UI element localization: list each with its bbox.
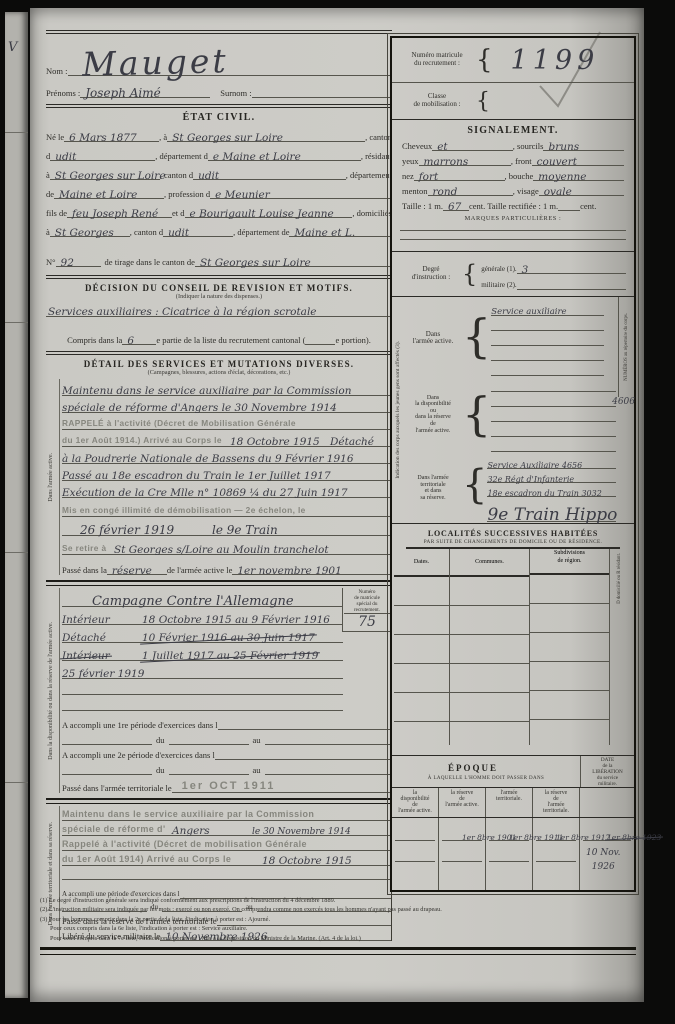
services-stamp: du 1er Août 1914.) Arrivé au Corps le: [62, 435, 222, 445]
prenoms-value: Joseph Aimé: [85, 86, 161, 100]
epoque-col3-header: l'armée territoriale.: [486, 788, 533, 817]
dept3-label: , département de: [233, 228, 289, 237]
territoriale-stamp: 1er OCT 1911: [182, 780, 276, 792]
epoque-col4-header: la réserve de l'armée territoriale.: [533, 788, 580, 817]
signalement-title: SIGNALEMENT.: [392, 125, 634, 136]
tirage-text: de tirage dans le canton de: [105, 258, 195, 267]
periode1-blank: [218, 718, 391, 730]
marques-label: MARQUES PARTICULIÈRES :: [392, 215, 634, 222]
num-special-box: Numéro de matricule spécial du recruteme…: [342, 588, 391, 632]
table-cell: [450, 635, 529, 664]
portion-blank: [305, 333, 335, 345]
ruled-line: [491, 346, 604, 361]
brace-glyph: {: [476, 89, 490, 114]
tirage-no: 92: [61, 257, 74, 269]
degre-section: Degré d'instruction : { générale (1). 3 …: [392, 252, 634, 297]
yeux-value: marrons: [424, 156, 469, 168]
taille-label-2: cent. Taille rectifiée : 1 m.: [469, 202, 558, 211]
corps-active-label: Dans l'armée active.: [404, 331, 462, 346]
localites-col-communes: Communes.: [450, 549, 529, 577]
corps-terr-label: Dans l'armée territoriale et dans sa rés…: [404, 475, 462, 501]
blank: [169, 733, 249, 745]
brace-glyph: {: [462, 301, 491, 376]
divider: [5, 132, 28, 133]
scanned-register-page: { "misc": { "brace": "{", "colors": { "p…: [0, 0, 675, 1024]
dept2-label: , département: [346, 171, 392, 180]
periode1-label: A accompli une 1re période d'exercices d…: [62, 721, 218, 730]
nez-value: fort: [419, 171, 438, 183]
fils-de-label: fils de: [46, 209, 67, 218]
localites-col-dr: D domicilié ou R résidant.: [617, 553, 622, 604]
corps-section: Indication des corps auxquels les jeunes…: [392, 297, 634, 525]
divider: [5, 552, 28, 553]
divider: [46, 30, 392, 34]
table-cell: [530, 662, 609, 691]
domicilies-label: , domiciliés: [352, 209, 392, 218]
services-subtitle: (Campagnes, blessures, actions d'éclat, …: [46, 369, 392, 376]
corps-terr-line: 9e Train Hippo: [487, 505, 617, 525]
bouche-label: , bouche: [505, 172, 534, 181]
menton-value: rond: [433, 186, 458, 198]
signalement-section: SIGNALEMENT. Cheveux et , sourcils bruns…: [392, 120, 634, 252]
corps-dispo-group: Dans la disponibilité ou dans la réserve…: [404, 377, 616, 452]
decision-section: DÉCISION DU CONSEIL DE REVISION ET MOTIF…: [46, 283, 392, 345]
ruled-line: [62, 866, 391, 880]
compris-label-2: e partie de la liste du recrutement cant…: [156, 336, 305, 345]
yeux-label: yeux: [402, 157, 419, 166]
services-line: 26 février 1919: [80, 523, 174, 537]
bouche-value: moyenne: [538, 171, 586, 183]
divider: [46, 351, 392, 355]
epoque-col5-spacer: [580, 788, 634, 817]
localites-col-subdiv: Subdivisions de région.: [530, 549, 609, 575]
au-label: au: [253, 766, 261, 775]
table-cell: [536, 841, 576, 862]
de-label: de: [46, 190, 54, 199]
territorial-stamp: Rappelé à l'activité (Décret de mobilisa…: [62, 839, 307, 849]
nez-label: nez: [402, 172, 414, 181]
services-stamp: Se retire à: [62, 543, 107, 553]
table-cell: [530, 691, 609, 720]
campagnes-section: Dans la disponibilité ou dans la réserve…: [46, 588, 392, 793]
footnote-1: (1) Le degré d'instruction générale sera…: [40, 896, 636, 905]
ruled-line: [491, 437, 616, 452]
au-label: au: [253, 736, 261, 745]
territorial-stamp: Maintenu dans le service auxiliaire par …: [62, 809, 314, 819]
blank: [265, 733, 391, 745]
ruled-line: [491, 331, 604, 346]
taille-label-3: cent.: [580, 202, 596, 211]
localites-section: LOCALITÉS SUCCESSIVES HABITÉES PAR SUITE…: [392, 524, 634, 756]
profession-label: , profession d: [164, 190, 210, 199]
num-special-label: Numéro de matricule spécial du recruteme…: [344, 589, 390, 614]
epoque-section: ÉPOQUE À LAQUELLE L'HOMME DOIT PASSER DA…: [392, 756, 634, 890]
services-side-label: Dans l'armée active.: [48, 453, 55, 502]
canton3-label: , canton d: [130, 228, 163, 237]
sourcils-value: bruns: [548, 141, 579, 153]
liberation-date: 10 Nov. 1926: [586, 846, 620, 875]
epoque-col5-header: DATE de la LIBÉRATION du service militai…: [581, 756, 634, 787]
visage-label: , visage: [513, 187, 539, 196]
visage-value: ovale: [544, 186, 572, 198]
divider: [5, 782, 28, 783]
epoque-col2-header: la réserve de l'armée active.: [439, 788, 486, 817]
territorial-stamp: du 1er Août 1914) Arrivé au Corps le: [62, 854, 231, 864]
domicile-value: St Georges: [55, 227, 114, 239]
dept1-label: , département d: [155, 152, 208, 161]
table-cell: [450, 693, 529, 722]
classe-label: Classe de mobilisation :: [398, 93, 476, 108]
periode2-blank: [215, 748, 391, 760]
footnote-3: (3) Pour les hommes compris dans la 2e p…: [40, 915, 636, 924]
campagnes-side-label: Dans la disponibilité ou dans la réserve…: [48, 622, 55, 760]
tirage-canton: St Georges sur Loire: [200, 257, 311, 269]
compris-partie: 6: [127, 335, 134, 347]
services-stamp: RAPPELÉ à l'activité (Décret de Mobilisa…: [62, 418, 296, 428]
footnote-2: (2) L'instruction militaire sera indiqué…: [40, 905, 636, 914]
militaire-label: militaire (2).: [481, 282, 516, 290]
matricule-label: Numéro matricule du recrutement :: [398, 52, 476, 67]
generale-label: générale (1).: [481, 266, 516, 274]
taille-value: 67: [448, 201, 461, 213]
matricule-box: Numéro matricule du recrutement : { 1199…: [392, 38, 634, 120]
table-cell: [530, 604, 609, 633]
prev-page-handwritten-mark: V: [8, 40, 17, 55]
canton-label: , canton: [365, 133, 392, 142]
table-cell: [450, 606, 529, 635]
du-label: du: [156, 736, 165, 745]
passe-label-2: de l'armée active le: [167, 566, 232, 575]
table-cell: [394, 693, 449, 722]
services-stamp: Mis en congé illimité de démobilisation …: [62, 505, 306, 515]
table-cell: [489, 841, 529, 862]
brace-glyph: {: [462, 455, 487, 522]
ruled-line: [491, 316, 604, 331]
tirage-no-label: N°: [46, 258, 56, 267]
divider: [46, 104, 392, 108]
nom-label: Nom :: [46, 67, 68, 76]
surnom-label: Surnom :: [220, 89, 251, 98]
ruled-line: [491, 407, 616, 422]
repertoire-strip: NUMÉROS au répertoire du corps.: [618, 297, 634, 397]
right-column: Numéro matricule du recrutement : { 1199…: [390, 36, 636, 892]
corps-dispo-label: Dans la disponibilité ou dans la réserve…: [404, 395, 462, 435]
services-box: Dans l'armée active. Maintenu dans le se…: [46, 379, 392, 575]
table-cell: [394, 635, 449, 664]
register-sheet: Nom : Mauget Prénoms : Joseph Aimé Surno…: [30, 8, 644, 1002]
epoque-subtitle: À LAQUELLE L'HOMME DOIT PASSER DANS: [392, 776, 580, 781]
brace-glyph: {: [462, 260, 477, 288]
cheveux-label: Cheveux: [402, 142, 432, 151]
table-cell: [450, 577, 529, 606]
divider: [46, 580, 392, 586]
table-cell: [450, 664, 529, 693]
ruled-line: [400, 222, 626, 231]
ruled-line: [400, 231, 626, 240]
services-title: DÉTAIL DES SERVICES ET MUTATIONS DIVERSE…: [46, 359, 392, 369]
services-section: DÉTAIL DES SERVICES ET MUTATIONS DIVERSE…: [46, 359, 392, 575]
bottom-rule: [40, 947, 636, 955]
periode2-label: A accompli une 2e période d'exercices da…: [62, 751, 215, 760]
localites-title: LOCALITÉS SUCCESSIVES HABITÉES: [392, 529, 634, 538]
sourcils-label: , sourcils: [513, 142, 544, 151]
front-label: , front: [511, 157, 532, 166]
table-cell: [530, 633, 609, 662]
repertoire-label: NUMÉROS au répertoire du corps.: [624, 313, 629, 381]
brace-glyph: {: [476, 45, 493, 75]
brace-glyph: {: [462, 377, 491, 452]
ruled-line: [491, 361, 604, 376]
footnote-4: Pour ceux compris dans la 6e liste, l'in…: [40, 924, 636, 933]
etat-civil-section: ÉTAT CIVIL. Né le 6 Mars 1877 , à St Geo…: [46, 112, 392, 267]
et-d-label: et d: [172, 209, 185, 218]
decision-subtitle: (Indiquer la nature des dispenses.): [46, 293, 392, 300]
compris-label-3: e portion).: [335, 336, 370, 345]
ruled-line: [62, 695, 343, 711]
front-value: couvert: [537, 156, 577, 168]
compris-label-1: Compris dans la: [67, 336, 122, 345]
menton-label: menton: [402, 187, 428, 196]
surnom-value-blank: [252, 86, 392, 98]
ruled-line: [62, 679, 343, 695]
footnote-5: Pour ceux compris dans la 7e liste, l'in…: [40, 934, 636, 943]
territorial-stamp: spéciale de réforme d': [62, 824, 165, 834]
table-cell: [395, 818, 435, 841]
blank: [62, 763, 152, 775]
table-cell: [530, 575, 609, 604]
corps-side-label: Indication des corps auxquels les jeunes…: [395, 341, 401, 479]
decision-title: DÉCISION DU CONSEIL DE REVISION ET MOTIF…: [46, 283, 392, 293]
corps-terr-group: Dans l'armée territoriale et dans sa rés…: [404, 455, 616, 522]
canton3-value: udit: [168, 227, 189, 239]
corps-active-group: Dans l'armée active. { Service auxiliair…: [404, 301, 604, 376]
a-label: , à: [159, 133, 167, 142]
epoque-col1-header: la disponibilité de l'armée active.: [392, 788, 439, 817]
table-cell: [442, 841, 482, 862]
militaire-blank: [517, 278, 626, 290]
ruled-line: [491, 422, 616, 437]
divider: [46, 798, 392, 804]
table-cell: [394, 606, 449, 635]
localites-col-dates: Dates.: [394, 549, 449, 577]
previous-page-edge: V: [5, 12, 28, 998]
table-cell: [394, 664, 449, 693]
table-cell: [394, 577, 449, 606]
taille-rect-blank: [558, 199, 580, 211]
dept3-value: Maine et L.: [294, 227, 355, 239]
blank: [265, 763, 391, 775]
passe-label-1: Passé dans la: [62, 566, 107, 575]
taille-label-1: Taille : 1 m.: [402, 202, 443, 211]
epoque-title: ÉPOQUE: [448, 763, 498, 773]
passe-reserve: réserve: [112, 565, 152, 577]
ruled-line: [491, 392, 616, 407]
footnotes-block: (1) Le degré d'instruction générale sera…: [40, 896, 636, 955]
territoriale-label: Passé dans l'armée territoriale le: [62, 784, 172, 793]
divider: [5, 322, 28, 323]
blank: [169, 763, 249, 775]
matricule-value: 1199: [511, 45, 600, 76]
du-label: du: [156, 766, 165, 775]
localites-subtitle: PAR SUITE DE CHANGEMENTS DE DOMICILE OU …: [406, 539, 620, 549]
ne-le-label: Né le: [46, 133, 64, 142]
passe-date: 1er novembre 1901: [237, 565, 341, 577]
prenoms-label: Prénoms :: [46, 89, 80, 98]
ruled-line: [491, 377, 616, 392]
residant-label: , résidant: [361, 152, 392, 161]
decision-motif: Services auxiliaires : Cicatrice à la ré…: [48, 306, 317, 318]
blank: [62, 733, 152, 745]
degre-label: Degré d'instruction :: [400, 266, 462, 281]
liberation-date-crossed: 1er 8bre 1923: [607, 833, 661, 842]
num-special-value: 75: [344, 614, 390, 630]
etat-civil-title: ÉTAT CIVIL.: [46, 112, 392, 123]
name-block: Nom : Mauget Prénoms : Joseph Aimé Surno…: [46, 36, 392, 98]
services-line: le 9e Train: [212, 523, 278, 537]
left-column: Nom : Mauget Prénoms : Joseph Aimé Surno…: [46, 30, 392, 941]
cheveux-value: et: [437, 141, 447, 153]
divider: [46, 275, 392, 279]
table-cell: [395, 841, 435, 862]
